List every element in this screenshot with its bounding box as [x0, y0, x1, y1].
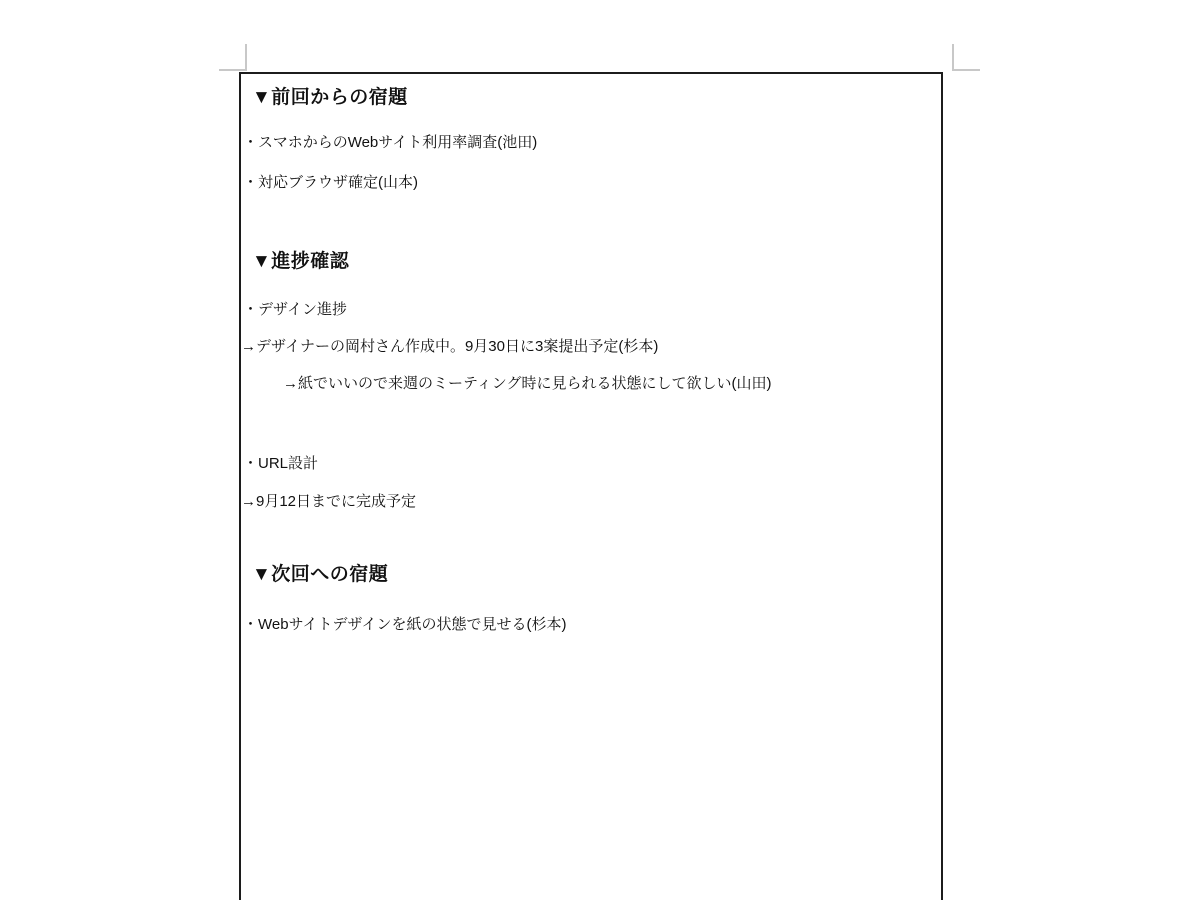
arrow-line-url-deadline: →9月12日までに完成予定: [241, 493, 416, 512]
bullet-line-url-design: ・URL設計: [243, 455, 318, 474]
bullet-line-show-paper-design: ・Webサイトデザインを紙の状態で見せる(杉本): [243, 616, 566, 635]
document-canvas: ▼前回からの宿題 ・スマホからのWebサイト利用率調査(池田) ・対応ブラウザ確…: [0, 0, 1200, 900]
document-page: ▼前回からの宿題 ・スマホからのWebサイト利用率調査(池田) ・対応ブラウザ確…: [239, 72, 943, 900]
margin-crop-mark-top-right: [952, 44, 980, 71]
section-heading-previous-homework: ▼前回からの宿題: [252, 86, 408, 110]
section-heading-next-homework: ▼次回への宿題: [252, 563, 388, 587]
margin-crop-mark-top-left: [219, 44, 247, 71]
bullet-line-design-progress: ・デザイン進捗: [243, 301, 347, 320]
section-heading-progress-check: ▼進捗確認: [252, 250, 349, 274]
bullet-line-browser-decision: ・対応ブラウザ確定(山本): [243, 174, 418, 193]
arrow-line-paper-request: →紙でいいので来週のミーティング時に見られる状態にして欲しい(山田): [283, 375, 772, 394]
arrow-line-designer-status: →デザイナーの岡村さん作成中。9月30日に3案提出予定(杉本): [241, 338, 658, 357]
bullet-line-smartphone-survey: ・スマホからのWebサイト利用率調査(池田): [243, 134, 537, 153]
